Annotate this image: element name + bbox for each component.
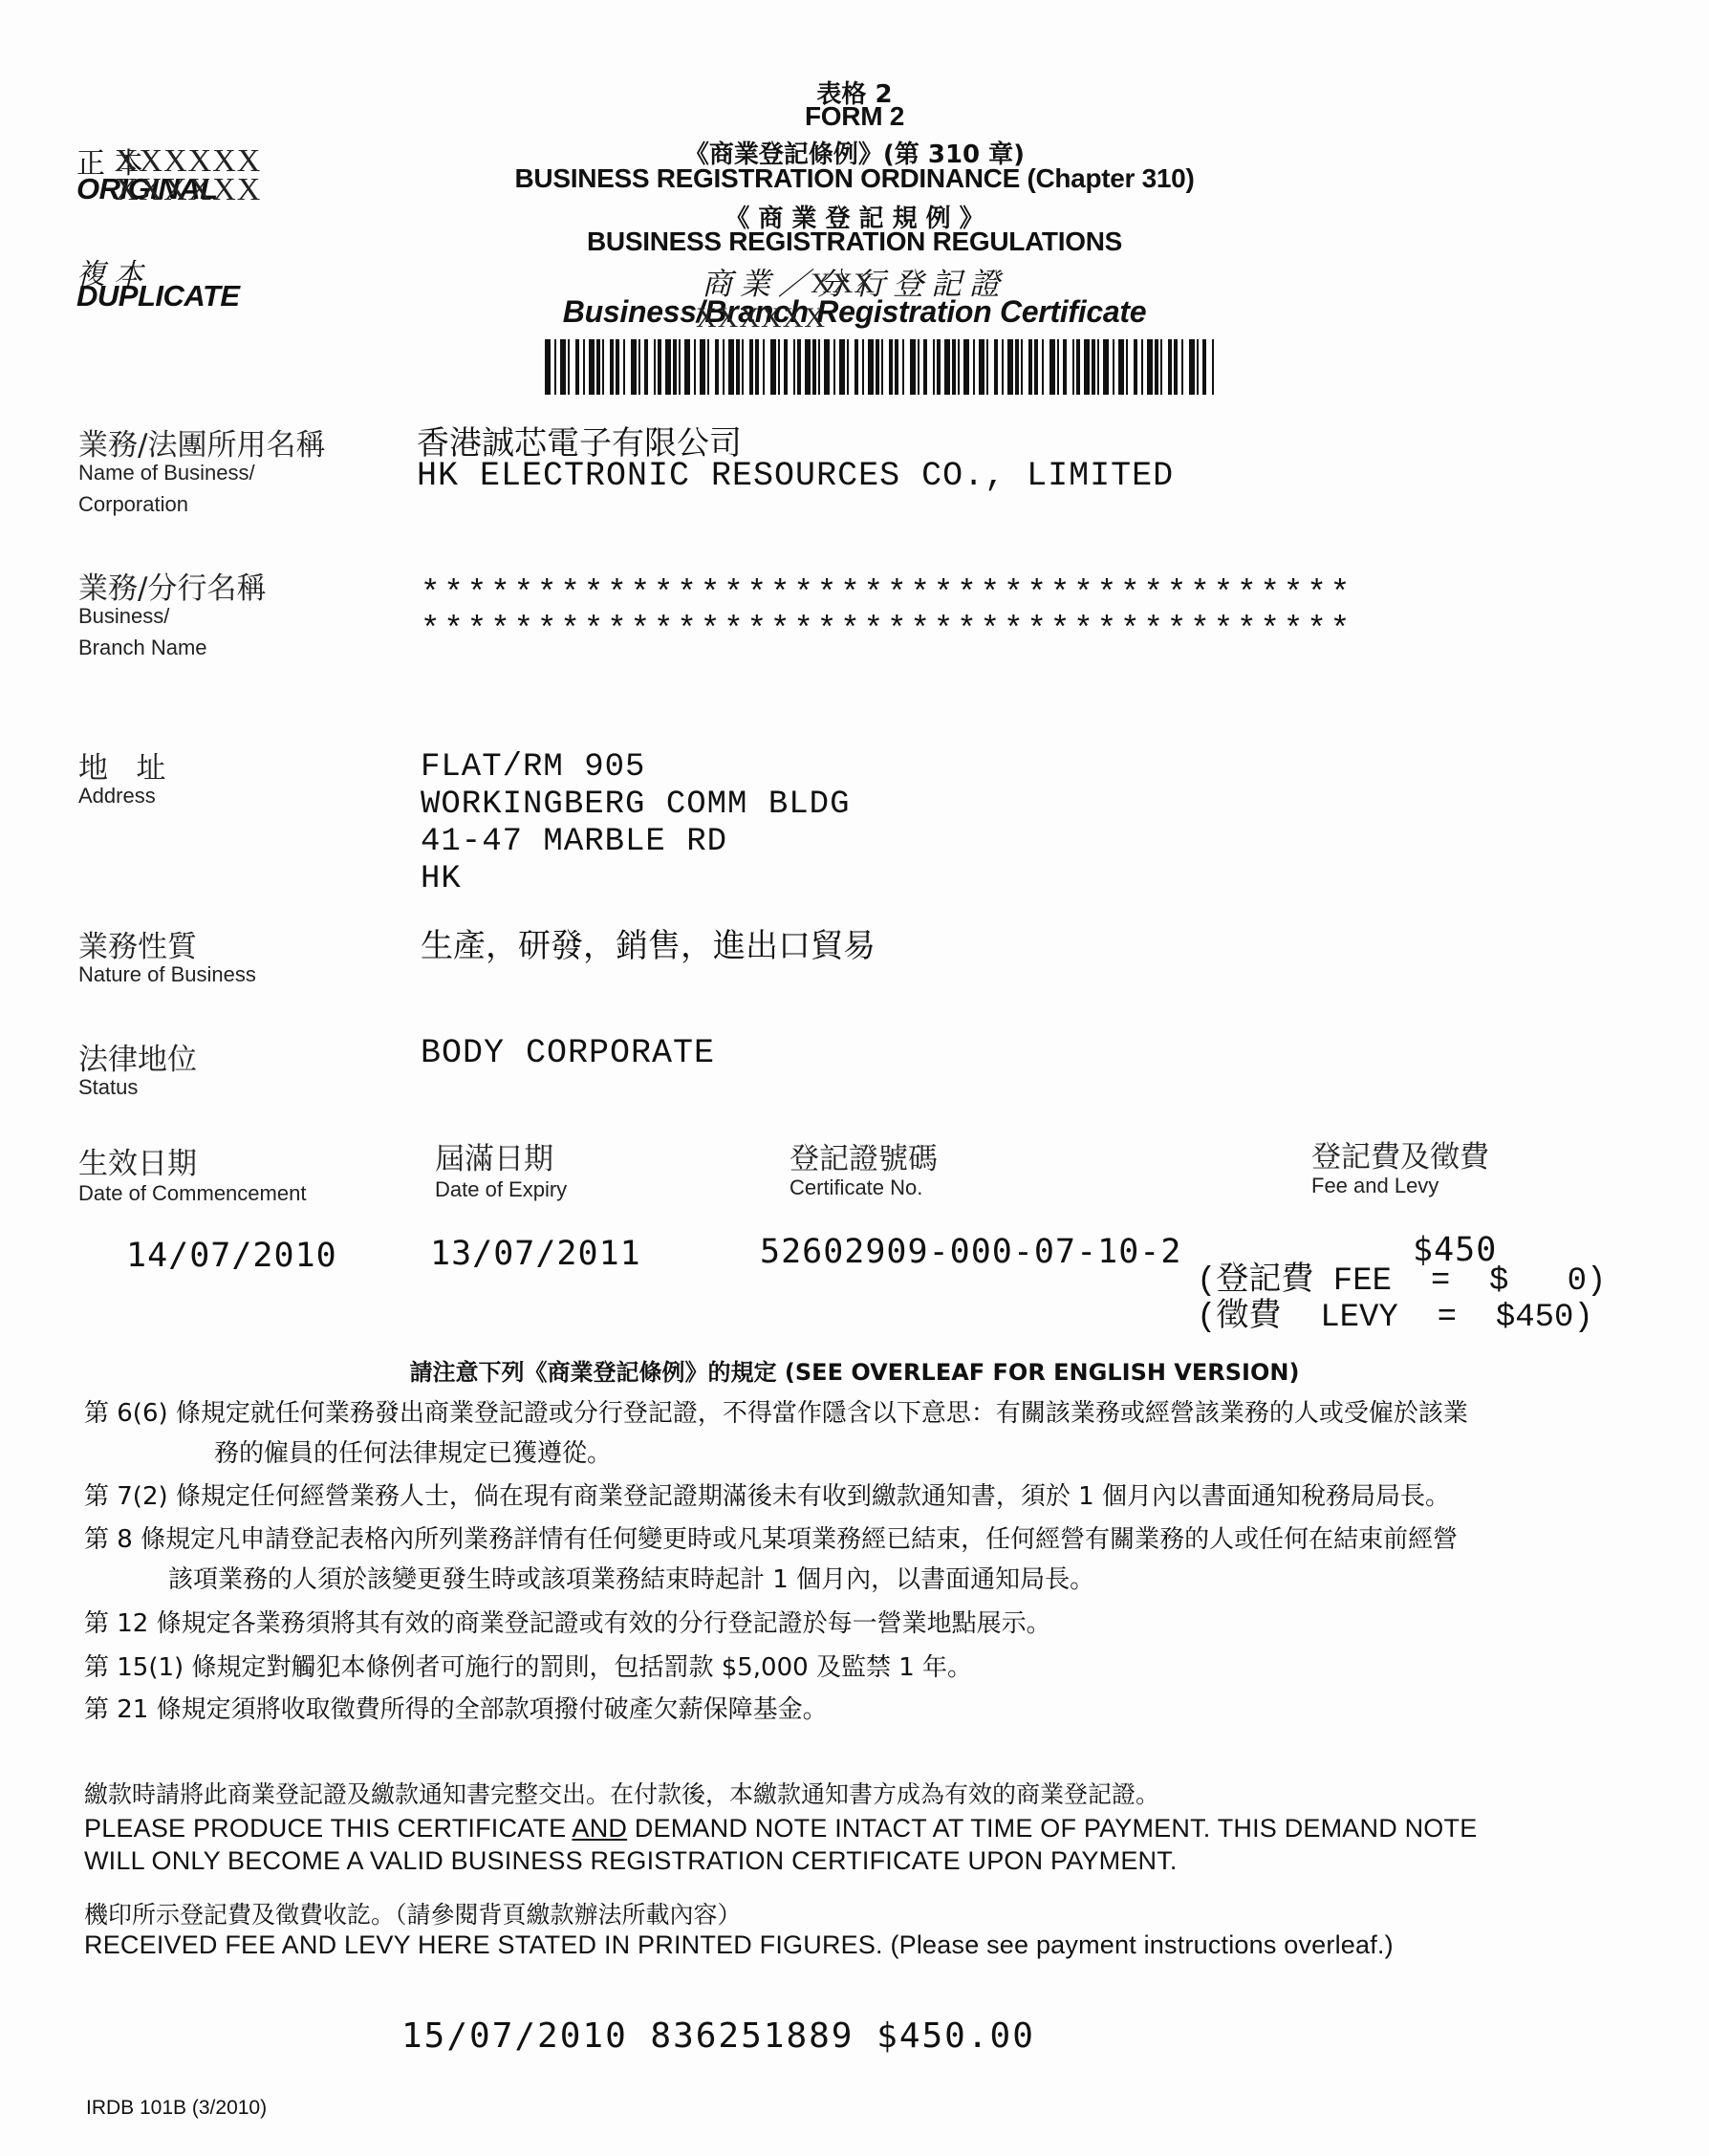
received-en: RECEIVED FEE AND LEVY HERE STATED IN PRI… [84,1930,1394,1960]
certificate-no-label-cn: 登記證號碼 [790,1134,938,1177]
business-name-value-en: HK ELECTRONIC RESOURCES CO., LIMITED [417,457,1174,495]
payment-instruction-en-pre: PLEASE PRODUCE THIS CERTIFICATE [84,1814,573,1843]
expiry-label-cn: 屆滿日期 [435,1134,553,1177]
ordinance-title-en: BUSINESS REGISTRATION ORDINANCE (Chapter… [0,163,1709,194]
address-value: FLAT/RM 905 WORKINGBERG COMM BLDG 41-47 … [421,749,850,898]
rule-text: 第 8 條規定凡申請登記表格內所列業務詳情有任何變更時或凡某項業務經已結束，任何… [84,1525,1458,1554]
payment-instruction-en-2: WILL ONLY BECOME A VALID BUSINESS REGIST… [84,1846,1178,1876]
rule-15-1: 第 15(1) 條規定對觸犯本條例者可施行的罰則，包括罰款 $5,000 及監禁… [84,1648,1633,1688]
rule-8: 第 8 條規定凡申請登記表格內所列業務詳情有任何變更時或凡某項業務經已結束，任何… [84,1520,1633,1600]
rule-21: 第 21 條規定須將收取徵費所得的全部款項撥付破產欠薪保障基金。 [84,1690,1633,1730]
fee-levy-label-cn: 登記費及徵費 [1311,1132,1489,1175]
payment-instruction-en-and: AND [573,1814,628,1843]
rule-text: 第 6(6) 條規定就任何業務發出商業登記證或分行登記證，不得當作隱含以下意思：… [84,1399,1468,1428]
certificate-title-en: Business/Branch Registration Certificate [0,294,1709,330]
rule-6-6: 第 6(6) 條規定就任何業務發出商業登記證或分行登記證，不得當作隱含以下意思：… [84,1393,1633,1474]
form-code: IRDB 101B (3/2010) [86,2097,267,2120]
rule-continuation: 務的僱員的任何法律規定已獲遵從。 [84,1434,1633,1474]
status-label-en: Status [78,1071,138,1103]
address-line-4: HK [421,861,850,898]
status-value: BODY CORPORATE [421,1034,715,1072]
form-number-en: FORM 2 [0,101,1709,132]
received-cn: 機印所示登記費及徵費收訖。（請參閱背頁繳款辦法所載內容） [84,1896,742,1930]
receipt-stamp: 15/07/2010 836251889 $450.00 [401,2016,1035,2056]
rule-text: 第 12 條規定各業務須將其有效的商業登記證或有效的分行登記證於每一營業地點展示… [84,1609,1051,1638]
rule-12: 第 12 條規定各業務須將其有效的商業登記證或有效的分行登記證於每一營業地點展示… [84,1604,1633,1644]
business-name-label-en: Name of Business/ [78,457,255,488]
rule-continuation: 該項業務的人須於該變更發生時或該項業務結束時起計 1 個月內，以書面通知局長。 [84,1560,1633,1600]
levy-breakdown: (徵費 LEVY = $450) [1197,1300,1593,1336]
certificate-title-en-overlay: XXXXXX [696,302,826,334]
commencement-label-cn: 生效日期 [78,1139,197,1182]
nature-value: 生產，研發，銷售，進出口貿易 [421,919,876,966]
commencement-label-en: Date of Commencement [78,1181,306,1206]
fee-breakdown: (登記費 FEE = $ 0) [1197,1263,1606,1300]
business-name-label-en-2: Corporation [78,488,188,520]
payment-instruction-cn: 繳款時請將此商業登記證及繳款通知書完整交出。在付款後，本繳款通知書方成為有效的商… [84,1776,1159,1810]
rule-text: 第 21 條規定須將收取徵費所得的全部款項撥付破產欠薪保障基金。 [84,1695,828,1724]
commencement-value: 14/07/2010 [126,1237,337,1275]
address-line-3: 41-47 MARBLE RD [421,824,850,861]
certificate-no-label-en: Certificate No. [790,1175,922,1200]
address-label-en: Address [78,780,156,811]
rule-text: 第 7(2) 條規定任何經營業務人士，倘在現有商業登記證期滿後未有收到繳款通知書… [84,1482,1450,1511]
regulations-title-en: BUSINESS REGISTRATION REGULATIONS [0,226,1709,257]
address-line-1: FLAT/RM 905 [421,749,850,787]
notice-title: 請注意下列《商業登記條例》的規定 (SEE OVERLEAF FOR ENGLI… [0,1353,1709,1387]
rule-text: 第 15(1) 條規定對觸犯本條例者可施行的罰則，包括罰款 $5,000 及監禁… [84,1653,972,1682]
rule-7-2: 第 7(2) 條規定任何經營業務人士，倘在現有商業登記證期滿後未有收到繳款通知書… [84,1477,1633,1517]
expiry-value: 13/07/2011 [430,1235,641,1273]
nature-label-en: Nature of Business [78,959,256,990]
payment-instruction-en-post: DEMAND NOTE INTACT AT TIME OF PAYMENT. T… [627,1814,1477,1843]
branch-name-label-en: Business/ [78,600,169,632]
barcode [545,339,1214,395]
certificate-no-value: 52602909-000-07-10-2 [760,1233,1181,1271]
fee-levy-label-en: Fee and Levy [1311,1174,1439,1198]
branch-name-masked-line-1: **************************************** [421,575,1353,614]
expiry-label-en: Date of Expiry [435,1177,567,1202]
branch-name-masked-line-2: **************************************** [421,612,1353,650]
branch-name-label-en-2: Branch Name [78,632,207,663]
address-line-2: WORKINGBERG COMM BLDG [421,787,850,824]
payment-instruction-en: PLEASE PRODUCE THIS CERTIFICATE AND DEMA… [84,1814,1477,1843]
